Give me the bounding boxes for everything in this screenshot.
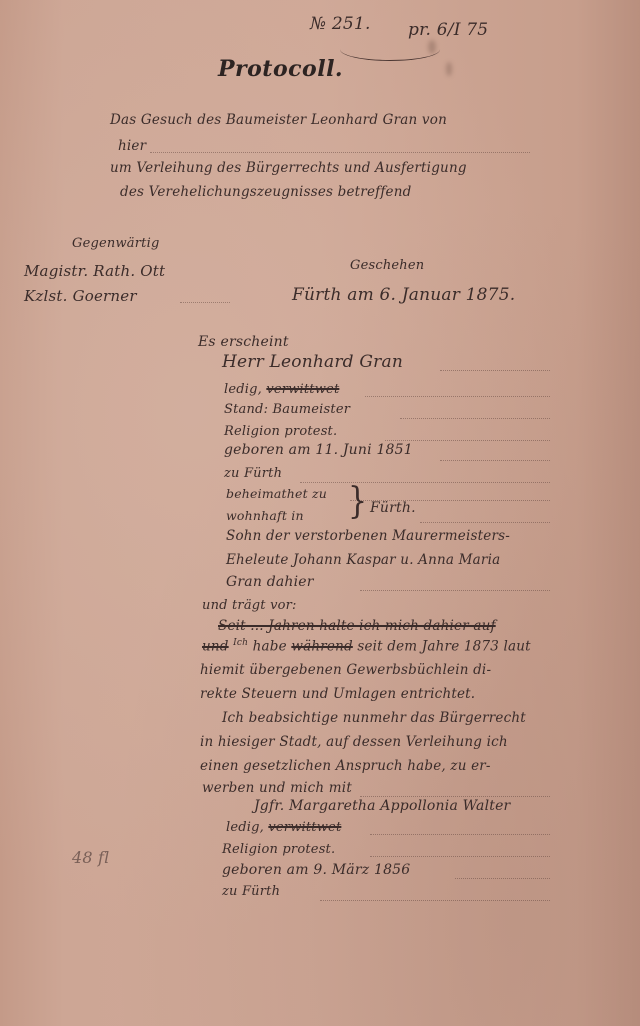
status-value: ledig, xyxy=(224,382,262,397)
dotted-rule xyxy=(320,900,550,901)
statement-line-2: hiemit übergebenen Gewerbsbüchlein di- xyxy=(200,662,491,678)
applicant-status: ledig, verwittwet xyxy=(224,382,339,397)
status-value: ledig, xyxy=(226,820,264,835)
status-struck: verwittwet xyxy=(268,820,341,835)
statement-line-5: in hiesiger Stadt, auf dessen Verleihung… xyxy=(200,734,508,750)
present-person-2: Kzlst. Goerner xyxy=(24,287,137,305)
bride-name: Jgfr. Margaretha Appollonia Walter xyxy=(254,798,510,814)
parents-line-1: Sohn der verstorbenen Maurermeisters- xyxy=(226,528,510,544)
applicant-name: Herr Leonhard Gran xyxy=(222,352,403,372)
struck-word: und xyxy=(202,639,229,655)
reference-number: № 251. xyxy=(310,14,371,34)
declaration-intro: und trägt vor: xyxy=(202,598,297,613)
place-date: Fürth am 6. Januar 1875. xyxy=(292,285,515,305)
status-struck: verwittwet xyxy=(266,382,339,397)
struck-word: während xyxy=(291,639,352,655)
dotted-rule xyxy=(440,460,550,461)
statement-struck-line: Seit ... Jahren halte ich mich dahier au… xyxy=(218,618,496,634)
place-date-label: Geschehen xyxy=(350,258,424,273)
bride-religion: Religion protest. xyxy=(222,842,335,857)
subject-line-4: des Verehelichungszeugnisses betreffend xyxy=(120,184,411,200)
dotted-rule xyxy=(385,440,550,441)
statement-line-4: Ich beabsichtige nunmehr das Bürgerrecht xyxy=(222,710,526,726)
dotted-rule xyxy=(400,418,550,419)
subject-line-2: hier xyxy=(118,138,146,154)
dotted-rule xyxy=(420,522,550,523)
dotted-rule xyxy=(150,152,530,153)
appearance-intro: Es erscheint xyxy=(198,334,289,350)
margin-fee-note: 48 fl xyxy=(72,848,109,867)
present-label: Gegenwärtig xyxy=(72,236,159,251)
residence-value: Fürth. xyxy=(370,500,416,516)
signature-flourish xyxy=(340,38,440,61)
statement-text: seit dem Jahre 1873 laut xyxy=(357,639,531,655)
bride-birth: geboren am 9. März 1856 xyxy=(222,862,410,878)
applicant-religion: Religion protest. xyxy=(224,424,337,439)
dotted-rule xyxy=(440,370,550,371)
ink-stain xyxy=(446,62,452,76)
inserted-word: Ich xyxy=(233,638,248,648)
document-page: № 251. pr. 6/I 75 Protocoll. Das Gesuch … xyxy=(0,0,640,1026)
bride-birthplace: zu Fürth xyxy=(222,884,280,899)
dotted-rule xyxy=(370,834,550,835)
document-title: Protocoll. xyxy=(218,56,343,82)
statement-line-1: und Ich habe während seit dem Jahre 1873… xyxy=(202,638,531,655)
received-date-mark: pr. 6/I 75 xyxy=(408,20,488,40)
parents-line-3: Gran dahier xyxy=(226,574,314,590)
dotted-rule xyxy=(370,856,550,857)
dotted-rule xyxy=(360,796,550,797)
residence-label-1: beheimathet zu xyxy=(226,486,327,501)
statement-line-3: rekte Steuern und Umlagen entrichtet. xyxy=(200,686,475,702)
present-person-1: Magistr. Rath. Ott xyxy=(24,262,165,280)
dotted-rule xyxy=(300,482,550,483)
dotted-rule xyxy=(455,878,550,879)
dotted-rule xyxy=(360,590,550,591)
dotted-rule xyxy=(180,302,230,303)
statement-line-6: einen gesetzlichen Anspruch habe, zu er- xyxy=(200,758,491,774)
applicant-occupation: Stand: Baumeister xyxy=(224,402,350,417)
subject-line-1: Das Gesuch des Baumeister Leonhard Gran … xyxy=(110,112,447,128)
statement-word: habe xyxy=(253,639,287,655)
statement-line-7: werben und mich mit xyxy=(202,780,352,796)
parents-line-2: Eheleute Johann Kaspar u. Anna Maria xyxy=(226,552,500,568)
brace: } xyxy=(348,481,367,523)
applicant-birth: geboren am 11. Juni 1851 xyxy=(224,442,413,458)
bride-status: ledig, verwittwet xyxy=(226,820,341,835)
dotted-rule xyxy=(365,396,550,397)
applicant-birthplace: zu Fürth xyxy=(224,466,282,481)
subject-line-3: um Verleihung des Bürgerrechts und Ausfe… xyxy=(110,160,467,176)
residence-label-2: wohnhaft in xyxy=(226,508,304,523)
